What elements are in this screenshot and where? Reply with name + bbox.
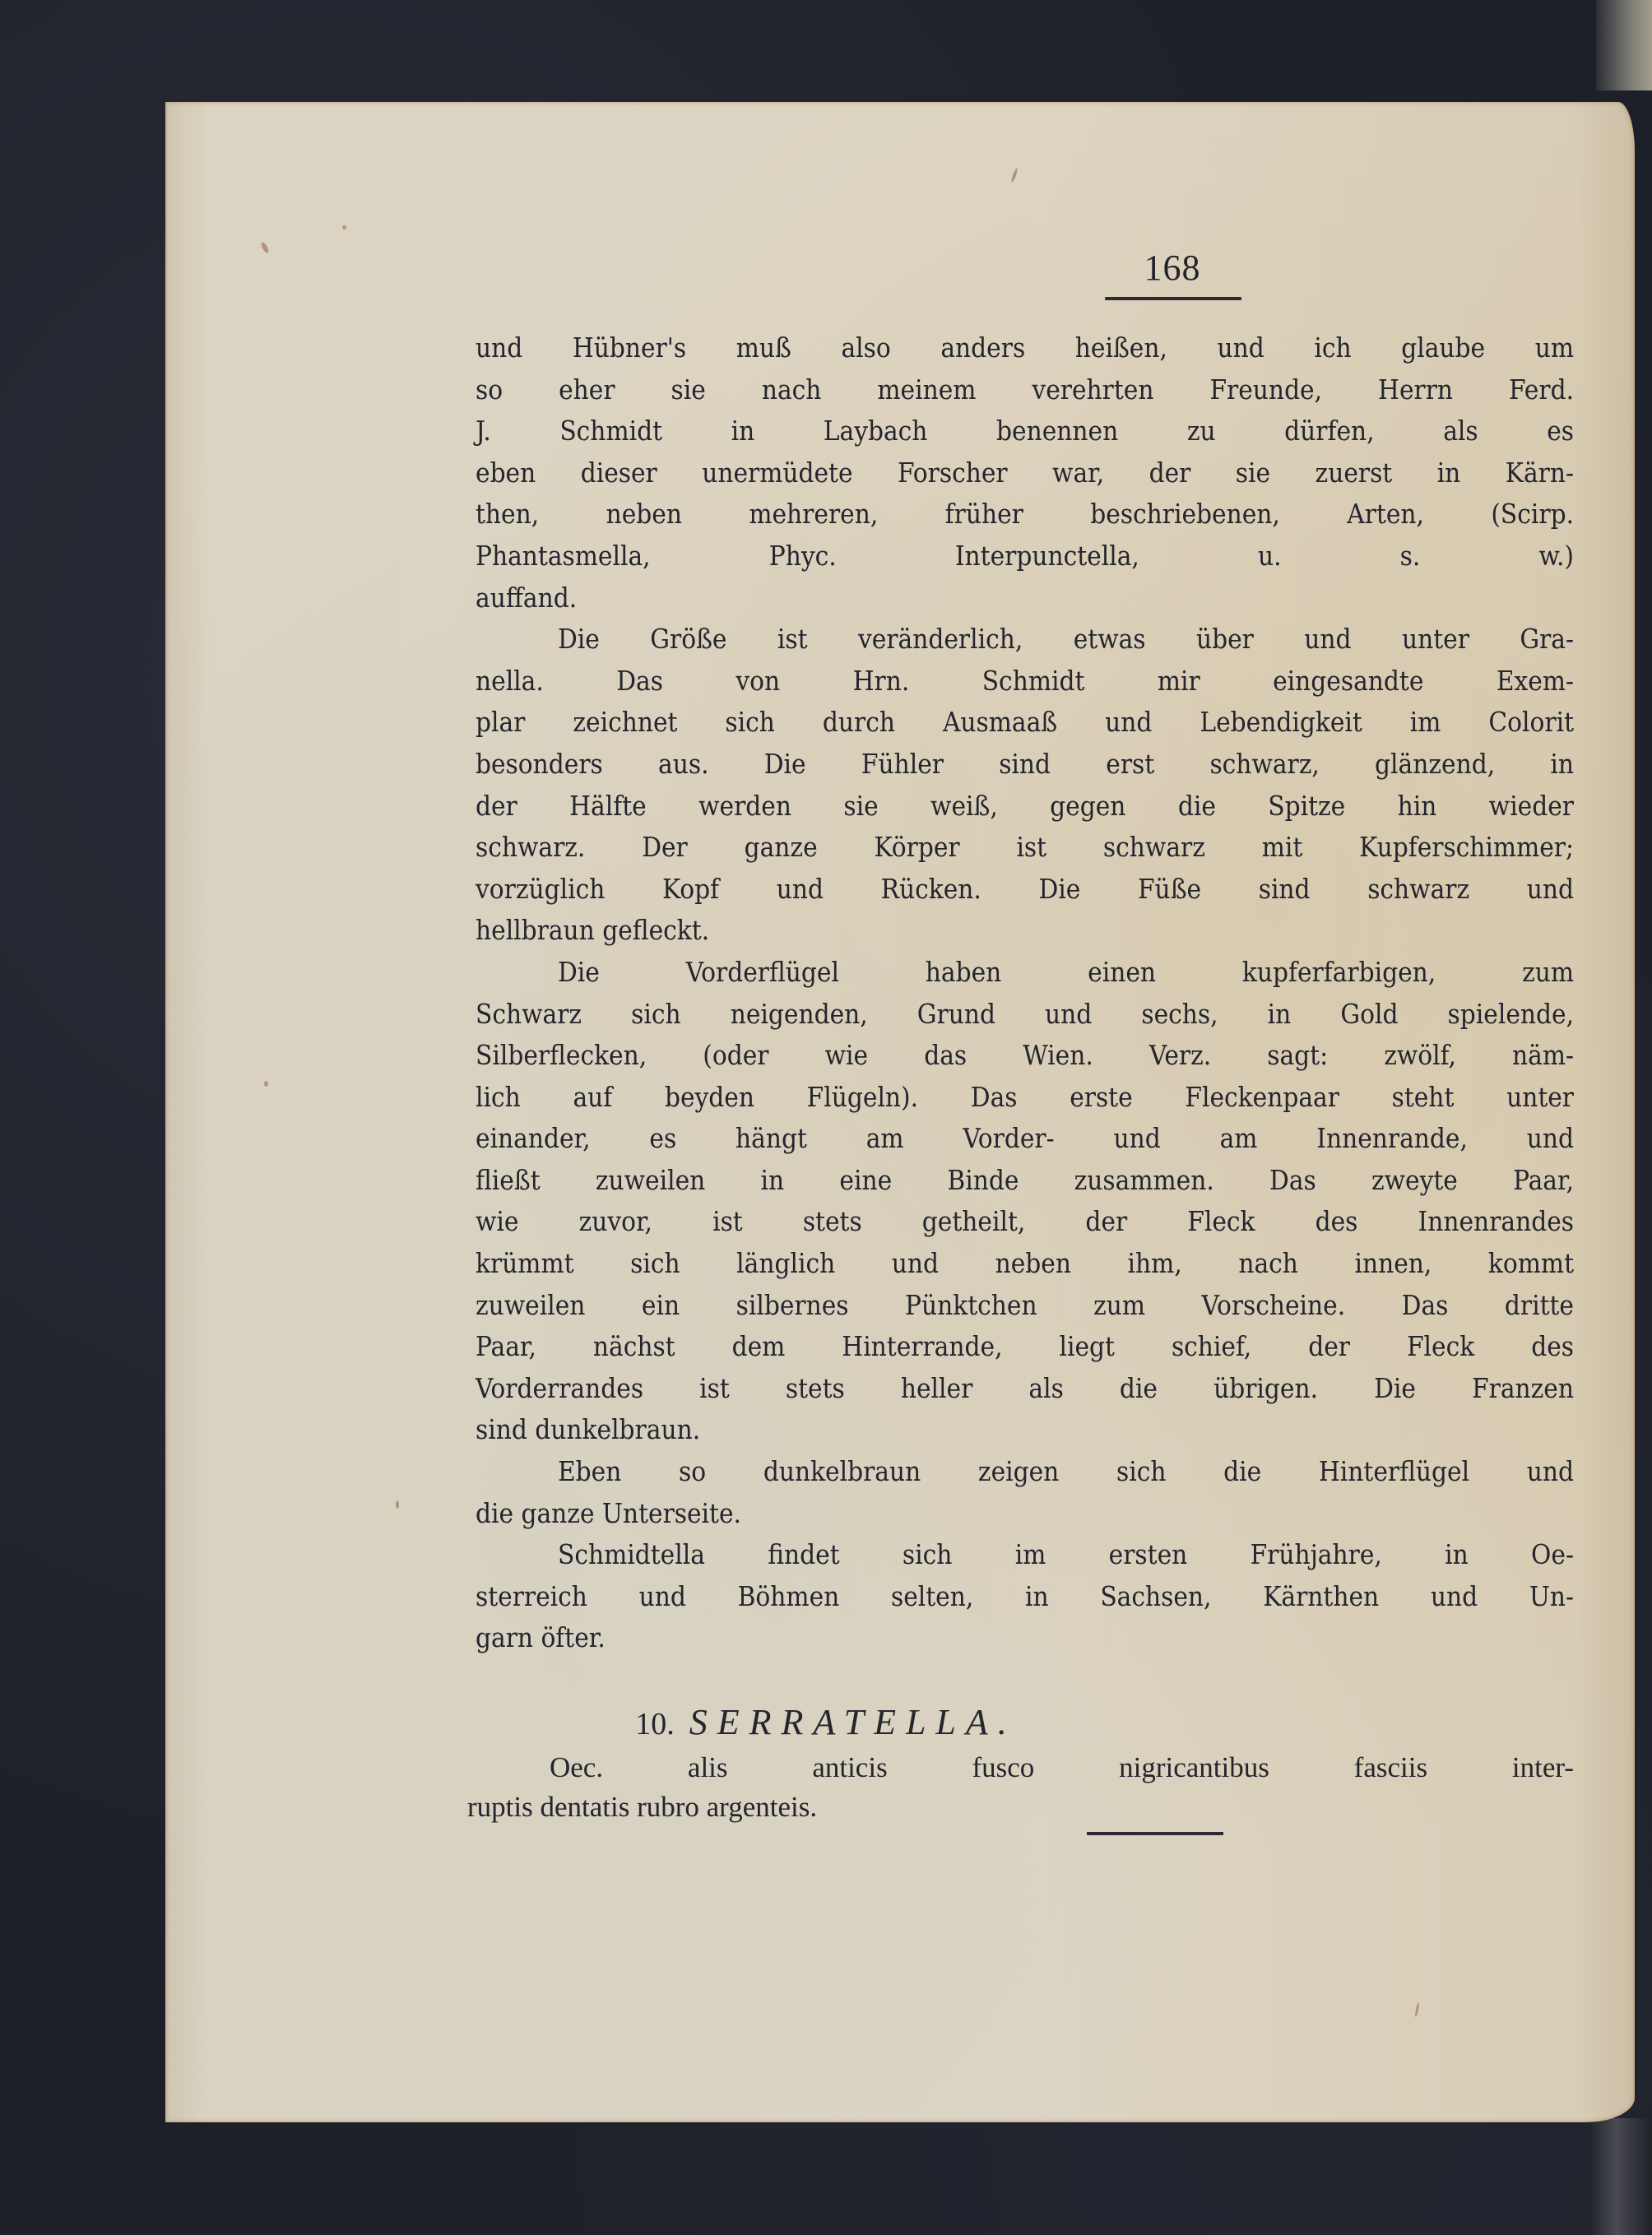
text-line: eben dieser unermüdete Forscher war, der… <box>476 452 1574 494</box>
text-line: krümmt sich länglich und neben ihm, nach… <box>476 1243 1574 1285</box>
text-line: plar zeichnet sich durch Ausmaaß und Leb… <box>476 702 1574 744</box>
body-text: und Hübner's muß also anders heißen, und… <box>476 327 1574 1659</box>
text-line: Phantasmella, Phyc. Interpunctella, u. s… <box>476 536 1574 577</box>
text-line: Die Größe ist veränderlich, etwas über u… <box>476 619 1574 661</box>
text-line: Die Vorderflügel haben einen kupferfarbi… <box>476 952 1574 994</box>
text-line: Eben so dunkelbraun zeigen sich die Hint… <box>476 1451 1574 1493</box>
text-line: Schmidtella findet sich im ersten Frühja… <box>476 1534 1574 1576</box>
header-rule <box>1105 297 1241 300</box>
text-line: der Hälfte werden sie weiß, gegen die Sp… <box>476 786 1574 828</box>
text-line: zuweilen ein silbernes Pünktchen zum Vor… <box>476 1285 1574 1327</box>
text-line: die ganze Unterseite. <box>476 1493 1574 1535</box>
text-line: und Hübner's muß also anders heißen, und… <box>476 327 1574 369</box>
text-line: besonders aus. Die Fühler sind erst schw… <box>476 744 1574 786</box>
section-title: SERRATELLA. <box>689 1702 1017 1742</box>
text-line: J. Schmidt in Laybach benennen zu dürfen… <box>476 410 1574 452</box>
text-line: garn öfter. <box>476 1617 1574 1659</box>
text-line: then, neben mehreren, früher beschrieben… <box>476 494 1574 536</box>
section-number: 10. <box>635 1707 675 1741</box>
text-line: wie zuvor, ist stets getheilt, der Fleck… <box>476 1201 1574 1243</box>
text-line: einander, es hängt am Vorder- und am Inn… <box>476 1118 1574 1160</box>
page-number: 168 <box>1135 247 1209 289</box>
text-line: ruptis dentatis rubro argenteis. <box>467 1788 1574 1827</box>
text-line: auffand. <box>476 577 1574 619</box>
text-line: vorzüglich Kopf und Rücken. Die Füße sin… <box>476 869 1574 911</box>
text-line: nella. Das von Hrn. Schmidt mir eingesan… <box>476 661 1574 702</box>
section-heading: 10.SERRATELLA. <box>0 1701 1652 1743</box>
text-line: schwarz. Der ganze Körper ist schwarz mi… <box>476 827 1574 869</box>
text-line: hellbraun gefleckt. <box>476 910 1574 952</box>
latin-diagnosis: Oec. alis anticis fusco nigricantibus fa… <box>467 1748 1574 1827</box>
end-rule <box>1087 1832 1223 1835</box>
text-line: Silberflecken, (oder wie das Wien. Verz.… <box>476 1035 1574 1077</box>
text-line: sterreich und Böhmen selten, in Sachsen,… <box>476 1576 1574 1618</box>
scanner-edge-bottom-right <box>1592 2118 1652 2235</box>
text-line: fließt zuweilen in eine Binde zusammen. … <box>476 1160 1574 1202</box>
scanner-edge-top-right <box>1596 0 1652 90</box>
text-line: so eher sie nach meinem verehrten Freund… <box>476 369 1574 411</box>
text-line: lich auf beyden Flügeln). Das erste Flec… <box>476 1077 1574 1119</box>
text-line: Oec. alis anticis fusco nigricantibus fa… <box>467 1748 1574 1788</box>
text-line: sind dunkelbraun. <box>476 1409 1574 1451</box>
text-line: Vorderrandes ist stets heller als die üb… <box>476 1368 1574 1410</box>
text-line: Paar, nächst dem Hinterrande, liegt schi… <box>476 1326 1574 1368</box>
text-line: Schwarz sich neigenden, Grund und sechs,… <box>476 994 1574 1036</box>
